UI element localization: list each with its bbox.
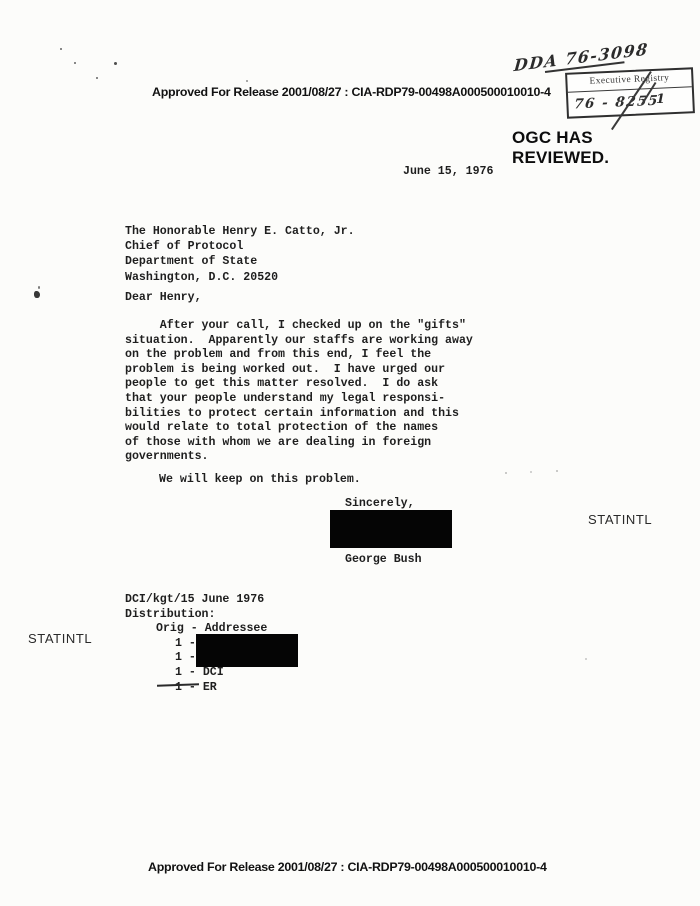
letter-body: After your call, I checked up on the "gi… [125, 319, 473, 465]
release-stamp-bottom: Approved For Release 2001/08/27 : CIA-RD… [148, 860, 547, 874]
recipient-line: The Honorable Henry E. Catto, Jr. [125, 224, 355, 239]
typist-line: DCI/kgt/15 June 1976 [125, 593, 267, 608]
ink-speck [585, 658, 587, 660]
ink-blot [34, 291, 40, 298]
recipient-line: Department of State [125, 254, 355, 269]
ink-speck [60, 48, 62, 50]
ink-speck [114, 62, 117, 65]
registry-number-suffix: 1 [656, 92, 665, 107]
letter-date: June 15, 1976 [403, 165, 493, 178]
statintl-label-left: STATINTL [28, 631, 92, 646]
recipient-line: Washington, D.C. 20520 [125, 270, 355, 285]
salutation: Dear Henry, [125, 291, 202, 304]
distribution-label: Distribution: [125, 608, 267, 623]
ink-speck [505, 472, 507, 474]
closing-line: We will keep on this problem. [159, 473, 361, 486]
recipient-address: The Honorable Henry E. Catto, Jr. Chief … [125, 224, 355, 285]
recipient-line: Chief of Protocol [125, 239, 355, 254]
document-page: Approved For Release 2001/08/27 : CIA-RD… [0, 0, 700, 906]
signer-name: George Bush [345, 553, 422, 566]
statintl-label-right: STATINTL [588, 512, 652, 527]
redaction-signature [330, 510, 452, 548]
redaction-distribution [196, 634, 298, 667]
signoff: Sincerely, [345, 497, 415, 510]
ink-speck [556, 470, 558, 472]
release-stamp-top: Approved For Release 2001/08/27 : CIA-RD… [152, 85, 551, 99]
distribution-item: 1 - DCI [125, 666, 267, 681]
ink-speck [246, 80, 248, 82]
ink-speck [38, 286, 40, 289]
ink-speck [96, 77, 98, 79]
ogc-reviewed-stamp: OGC HAS REVIEWED. [512, 128, 609, 168]
ink-speck [74, 62, 76, 64]
executive-registry-box: Executive Registry 76 - 8255 [565, 67, 695, 119]
ink-speck [530, 471, 532, 473]
